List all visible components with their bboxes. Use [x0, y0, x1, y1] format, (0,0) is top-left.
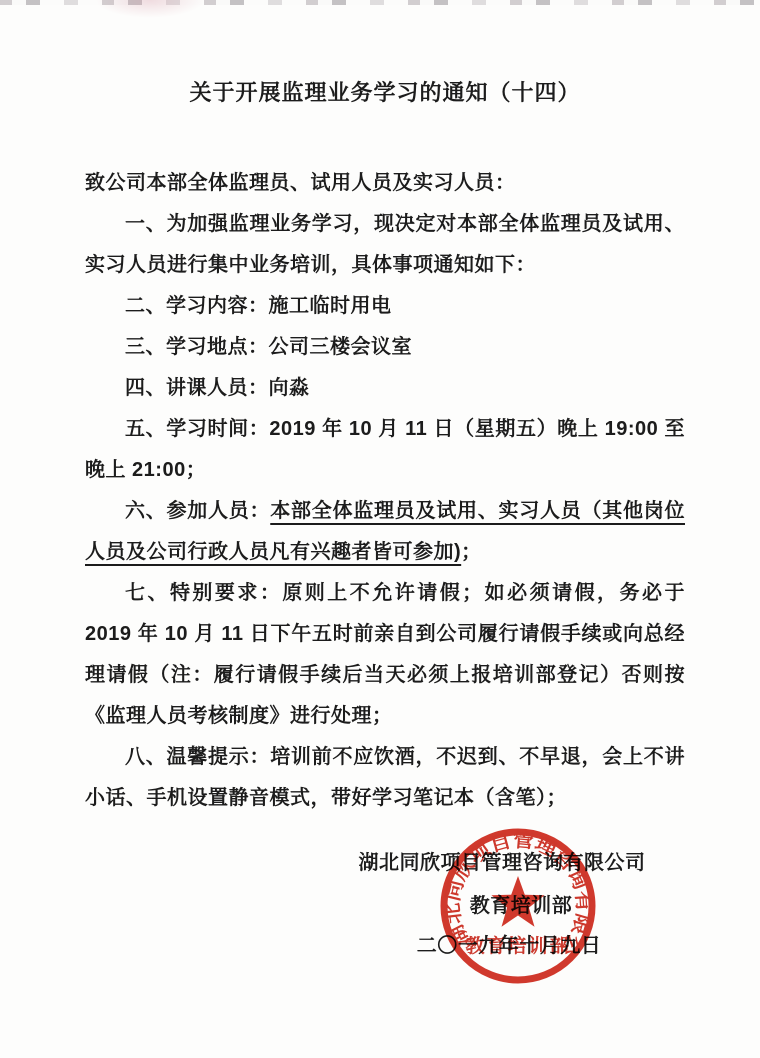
paragraph-6-participants: 六、参加人员：本部全体监理员及试用、实习人员（其他岗位人员及公司行政人员凡有兴趣… — [85, 491, 685, 573]
paragraph-5-study-time: 五、学习时间：2019 年 10 月 11 日（星期五）晚上 19:00 至晚上… — [85, 409, 685, 491]
notice-content: 关于开展监理业务学习的通知（十四） 致公司本部全体监理员、试用人员及实习人员： … — [85, 0, 685, 819]
paragraph-6-suffix: ； — [461, 541, 482, 563]
paragraph-6-prefix: 六、参加人员： — [125, 500, 270, 522]
notice-title: 关于开展监理业务学习的通知（十四） — [85, 78, 685, 108]
paragraph-4-lecturer: 四、讲课人员：向淼 — [85, 368, 685, 409]
paragraph-3-study-location: 三、学习地点：公司三楼会议室 — [85, 327, 685, 368]
scanned-notice-page: 关于开展监理业务学习的通知（十四） 致公司本部全体监理员、试用人员及实习人员： … — [0, 0, 760, 1058]
paragraph-7-special-requirements: 七、特别要求：原则上不允许请假；如必须请假，务必于 2019 年 10 月 11… — [85, 573, 685, 737]
paragraph-2-study-content: 二、学习内容：施工临时用电 — [85, 286, 685, 327]
seal-banner-text: 教育培训部 — [465, 934, 570, 957]
seal-star-icon — [491, 876, 544, 927]
salutation-line: 致公司本部全体监理员、试用人员及实习人员： — [85, 163, 685, 204]
notice-body: 致公司本部全体监理员、试用人员及实习人员： 一、为加强监理业务学习，现决定对本部… — [85, 163, 685, 819]
paragraph-8-reminder: 八、温馨提示：培训前不应饮酒，不迟到、不早退，会上不讲小话、手机设置静音模式，带… — [85, 737, 685, 819]
company-seal-stamp: 湖北同欣项目管理咨询有限公司 教育培训部 — [436, 824, 600, 988]
paragraph-1: 一、为加强监理业务学习，现决定对本部全体监理员及试用、实习人员进行集中业务培训，… — [85, 204, 685, 286]
